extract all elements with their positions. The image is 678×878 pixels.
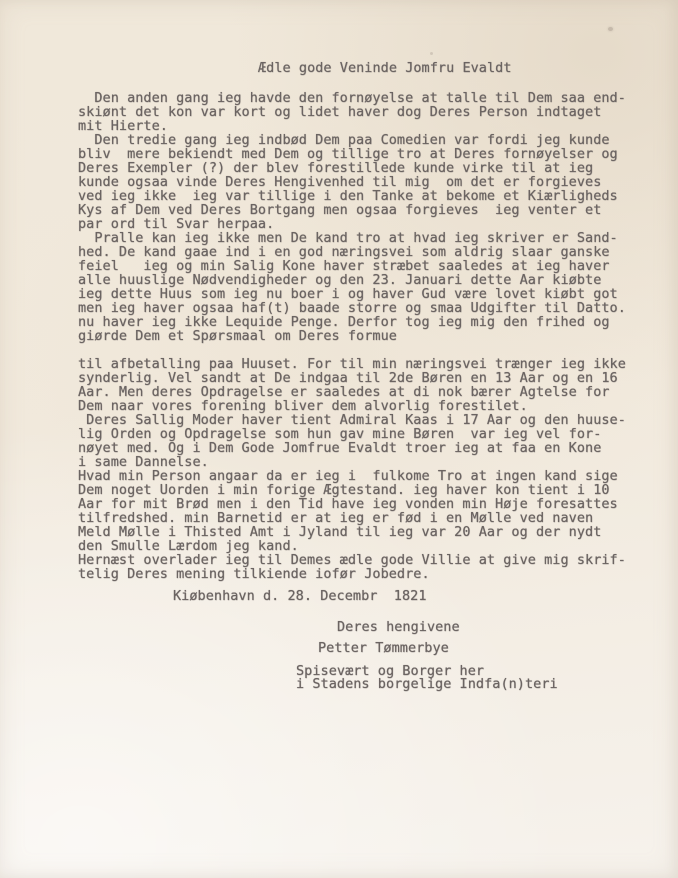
paper-speck xyxy=(430,52,433,55)
letter-heading: Ædle gode Veninde Jomfru Evaldt xyxy=(258,61,512,75)
letter-page: Ædle gode Veninde Jomfru Evaldt Den ande… xyxy=(0,0,678,878)
valediction: Deres hengivene xyxy=(337,620,460,634)
paper-speck xyxy=(608,27,613,31)
signature-title-line2: i Stadens borgelige Indfa(n)teri xyxy=(296,677,558,691)
place-date-line: Kiøbenhavn d. 28. Decembr 1821 xyxy=(173,589,427,603)
letter-body: Den anden gang ieg havde den fornøyelse … xyxy=(78,91,626,581)
signature-name: Petter Tømmerbye xyxy=(318,641,449,655)
